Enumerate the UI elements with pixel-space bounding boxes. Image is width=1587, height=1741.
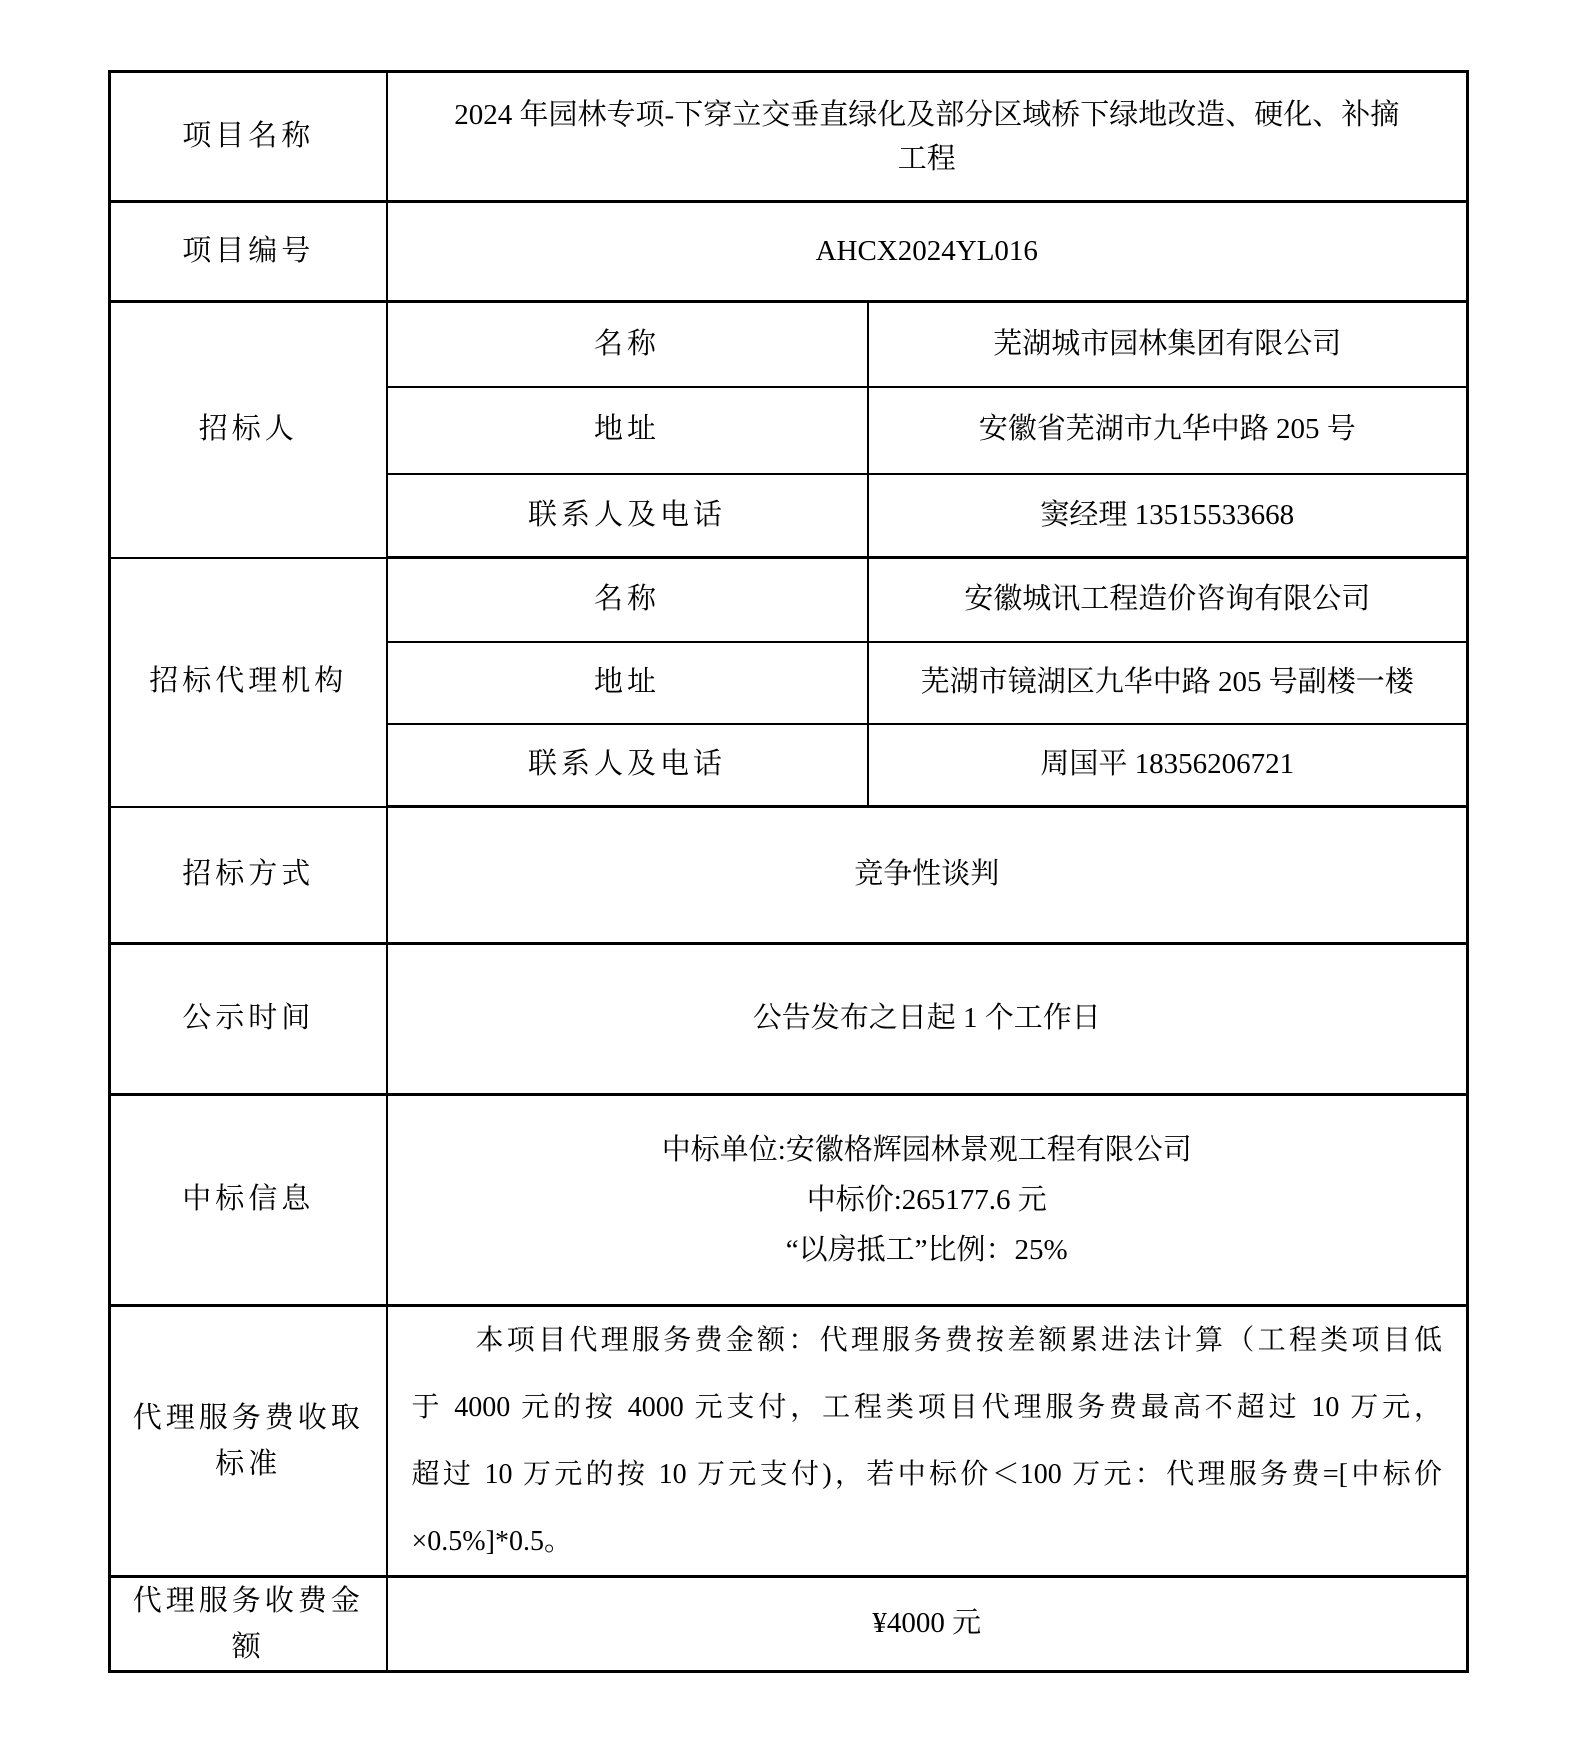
row-method: 招标方式 竞争性谈判 [110,807,1468,944]
fee-standard-value: 本项目代理服务费金额：代理服务费按差额累进法计算（工程类项目低 于 4000 元… [387,1306,1468,1577]
project-name-label: 项目名称 [110,72,387,202]
fee-standard-text-line-4: ×0.5%]*0.5。 [412,1508,1443,1575]
fee-amount-value: ¥4000 元 [387,1577,1468,1672]
tenderer-address-label: 地址 [387,387,868,474]
agency-name-label: 名称 [387,558,868,642]
publicity-label: 公示时间 [110,944,387,1095]
method-value: 竞争性谈判 [387,807,1468,944]
row-tenderer-name: 招标人 名称 芜湖城市园林集团有限公司 [110,302,1468,387]
tenderer-contact-label: 联系人及电话 [387,474,868,558]
fee-standard-label-line-2: 标准 [111,1441,386,1487]
method-label: 招标方式 [110,807,387,944]
award-winner-line: 中标单位:安徽格辉园林景观工程有限公司 [388,1125,1467,1175]
row-project-no: 项目编号 AHCX2024YL016 [110,202,1468,302]
agency-contact-value: 周国平 18356206721 [868,724,1468,807]
row-project-name: 项目名称 2024 年园林专项-下穿立交垂直绿化及部分区域桥下绿地改造、硬化、补… [110,72,1468,202]
agency-label: 招标代理机构 [110,558,387,807]
publicity-value: 公告发布之日起 1 个工作日 [387,944,1468,1095]
fee-standard-text-line-3: 超过 10 万元的按 10 万元支付)，若中标价＜100 万元：代理服务费=[中… [412,1441,1443,1508]
tenderer-contact-value: 窦经理 13515533668 [868,474,1468,558]
award-price-line: 中标价:265177.6 元 [388,1175,1467,1225]
award-value: 中标单位:安徽格辉园林景观工程有限公司 中标价:265177.6 元 “以房抵工… [387,1095,1468,1306]
award-label: 中标信息 [110,1095,387,1306]
award-ratio-line: “以房抵工”比例：25% [388,1225,1467,1275]
project-no-label: 项目编号 [110,202,387,302]
tenderer-label: 招标人 [110,302,387,558]
fee-amount-label: 代理服务收费金 额 [110,1577,387,1672]
fee-standard-text-line-1: 本项目代理服务费金额：代理服务费按差额累进法计算（工程类项目低 [412,1307,1443,1374]
fee-standard-label: 代理服务费收取 标准 [110,1306,387,1577]
project-name-value-line-2: 工程 [388,137,1467,181]
project-name-value-line-1: 2024 年园林专项-下穿立交垂直绿化及部分区域桥下绿地改造、硬化、补摘 [388,93,1467,137]
agency-address-value: 芜湖市镜湖区九华中路 205 号副楼一楼 [868,642,1468,724]
fee-amount-label-line-2: 额 [111,1624,386,1670]
agency-address-label: 地址 [387,642,868,724]
tenderer-address-value: 安徽省芜湖市九华中路 205 号 [868,387,1468,474]
row-agency-name: 招标代理机构 名称 安徽城讯工程造价咨询有限公司 [110,558,1468,642]
fee-amount-label-line-1: 代理服务收费金 [111,1578,386,1624]
project-no-value: AHCX2024YL016 [387,202,1468,302]
row-publicity: 公示时间 公告发布之日起 1 个工作日 [110,944,1468,1095]
agency-name-value: 安徽城讯工程造价咨询有限公司 [868,558,1468,642]
tender-announcement-table: 项目名称 2024 年园林专项-下穿立交垂直绿化及部分区域桥下绿地改造、硬化、补… [108,70,1469,1673]
row-fee-standard: 代理服务费收取 标准 本项目代理服务费金额：代理服务费按差额累进法计算（工程类项… [110,1306,1468,1577]
tenderer-name-label: 名称 [387,302,868,387]
row-fee-amount: 代理服务收费金 额 ¥4000 元 [110,1577,1468,1672]
fee-standard-text-line-2: 于 4000 元的按 4000 元支付，工程类项目代理服务费最高不超过 10 万… [412,1374,1443,1441]
row-award: 中标信息 中标单位:安徽格辉园林景观工程有限公司 中标价:265177.6 元 … [110,1095,1468,1306]
agency-contact-label: 联系人及电话 [387,724,868,807]
fee-standard-label-line-1: 代理服务费收取 [111,1395,386,1441]
tenderer-name-value: 芜湖城市园林集团有限公司 [868,302,1468,387]
project-name-value: 2024 年园林专项-下穿立交垂直绿化及部分区域桥下绿地改造、硬化、补摘 工程 [387,72,1468,202]
